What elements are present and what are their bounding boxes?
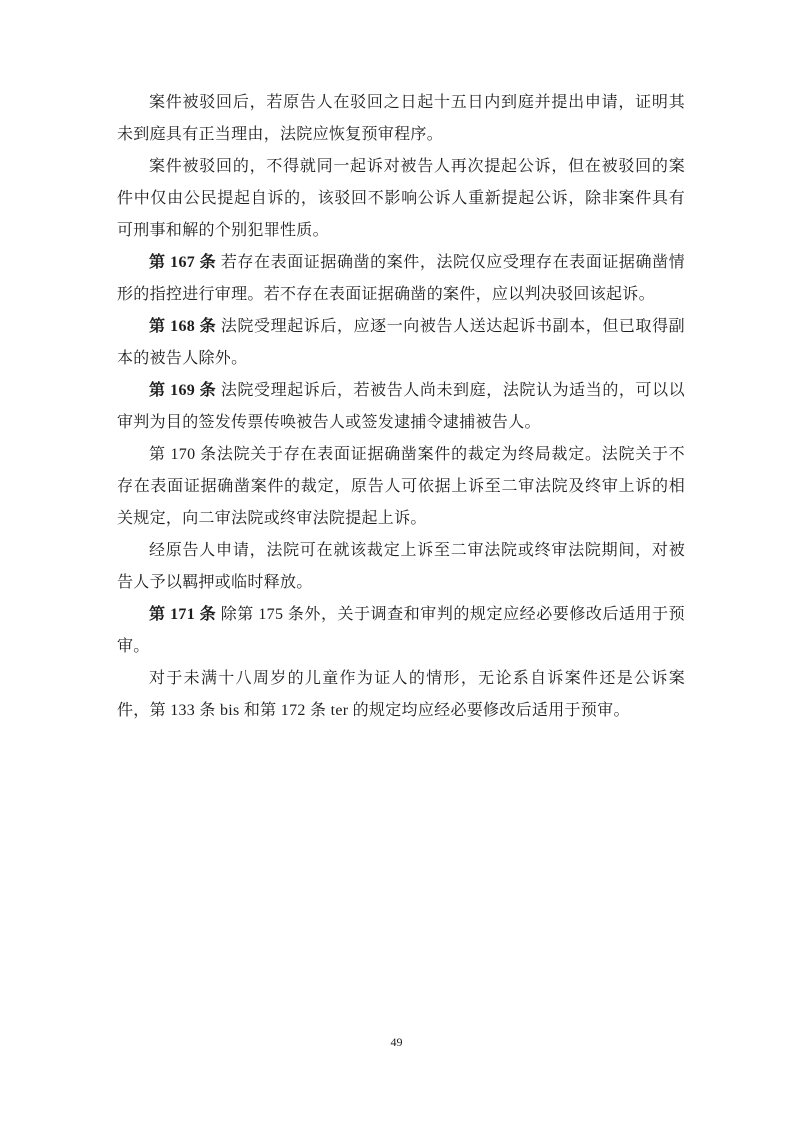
paragraph-text: 案件被驳回的，不得就同一起诉对被告人再次提起公诉，但在被驳回的案件中仅由公民提起… — [117, 158, 685, 239]
page-footer: 49 — [0, 1032, 793, 1052]
article-number: 第 168 条 — [149, 318, 216, 335]
article-paragraph: 第 168 条 法院受理起诉后，应逐一向被告人送达起诉书副本，但已取得副本的被告… — [117, 311, 685, 375]
paragraph-text: 第 170 条法院关于存在表面证据确凿案件的裁定为终局裁定。法院关于不存在表面证… — [117, 446, 685, 527]
article-paragraph: 第 171 条 除第 175 条外，关于调查和审判的规定应经必要修改后适用于预审… — [117, 599, 685, 663]
paragraph: 对于未满十八周岁的儿童作为证人的情形，无论系自诉案件还是公诉案件，第 133 条… — [117, 663, 685, 727]
article-paragraph: 第 169 条 法院受理起诉后，若被告人尚未到庭，法院认为适当的，可以以审判为目… — [117, 375, 685, 439]
article-number: 第 167 条 — [149, 254, 216, 271]
page-number: 49 — [391, 1035, 403, 1049]
paragraph-text: 对于未满十八周岁的儿童作为证人的情形，无论系自诉案件还是公诉案件，第 133 条… — [117, 670, 685, 719]
paragraph: 案件被驳回后，若原告人在驳回之日起十五日内到庭并提出申请，证明其未到庭具有正当理… — [117, 87, 685, 151]
article-number: 第 171 条 — [149, 606, 216, 623]
paragraph-text: 案件被驳回后，若原告人在驳回之日起十五日内到庭并提出申请，证明其未到庭具有正当理… — [117, 94, 685, 143]
document-body: 案件被驳回后，若原告人在驳回之日起十五日内到庭并提出申请，证明其未到庭具有正当理… — [117, 87, 685, 727]
paragraph: 第 170 条法院关于存在表面证据确凿案件的裁定为终局裁定。法院关于不存在表面证… — [117, 439, 685, 535]
paragraph: 案件被驳回的，不得就同一起诉对被告人再次提起公诉，但在被驳回的案件中仅由公民提起… — [117, 151, 685, 247]
paragraph-text: 经原告人申请，法院可在就该裁定上诉至二审法院或终审法院期间，对被告人予以羁押或临… — [117, 542, 685, 591]
article-paragraph: 第 167 条 若存在表面证据确凿的案件，法院仅应受理存在表面证据确凿情形的指控… — [117, 247, 685, 311]
document-page: 案件被驳回后，若原告人在驳回之日起十五日内到庭并提出申请，证明其未到庭具有正当理… — [0, 0, 793, 1122]
paragraph: 经原告人申请，法院可在就该裁定上诉至二审法院或终审法院期间，对被告人予以羁押或临… — [117, 535, 685, 599]
article-number: 第 169 条 — [149, 382, 216, 399]
